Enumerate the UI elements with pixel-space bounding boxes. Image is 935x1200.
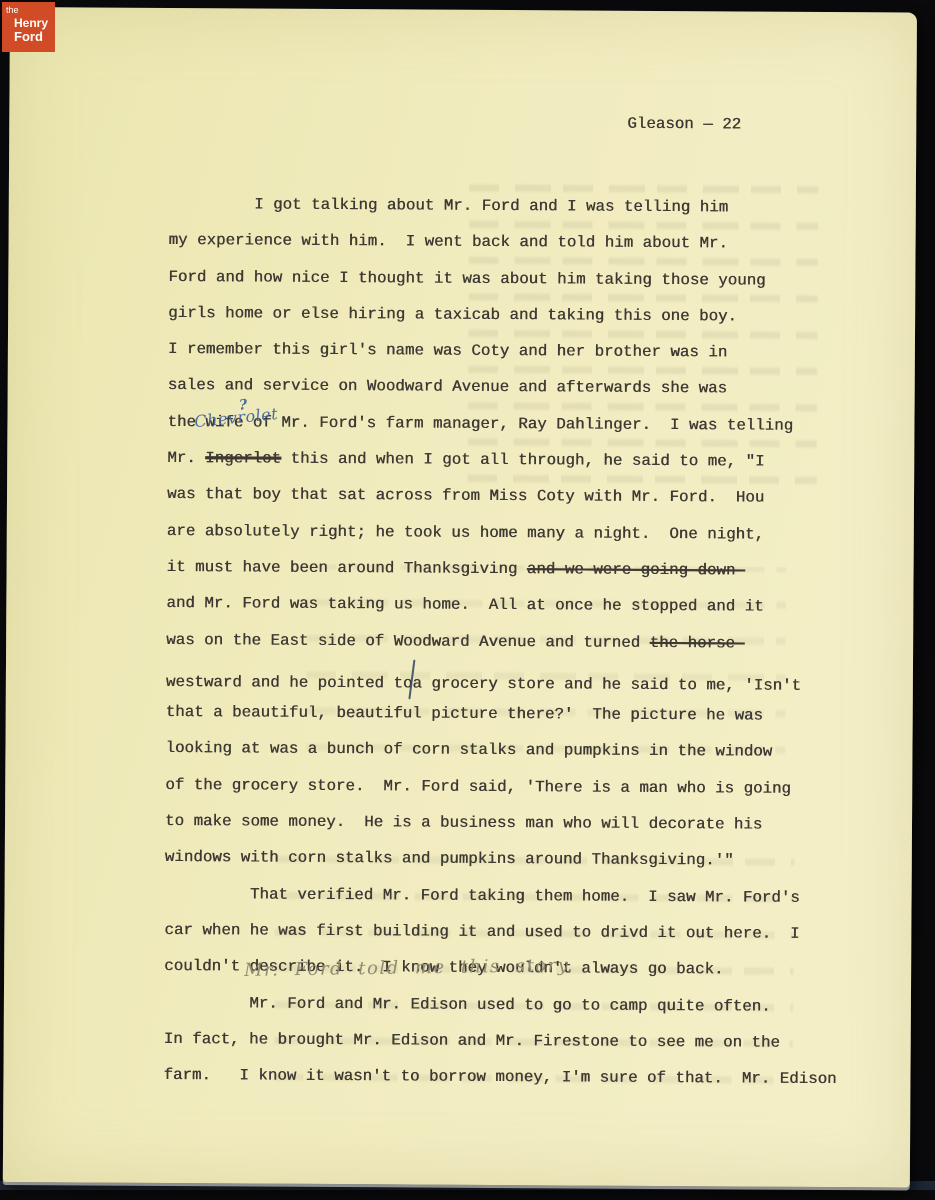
- document-line: my experience with him. I went back and …: [168, 222, 841, 262]
- typed-text: sales and service on Woodward Avenue and…: [168, 376, 727, 397]
- document-line: In fact, he brought Mr. Edison and Mr. F…: [164, 1021, 837, 1061]
- typed-text: to make some money. He is a business man…: [165, 812, 762, 834]
- document-line: sales and service on Woodward Avenue and…: [168, 367, 841, 407]
- typed-text: and Mr. Ford was taking us home. All at …: [166, 594, 763, 616]
- typed-text: that a beautiful, beautiful picture ther…: [166, 703, 763, 725]
- typed-text: my experience with him. I went back and …: [169, 231, 728, 252]
- document-line: it must have been around Thanksgiving an…: [166, 549, 839, 589]
- document-line: girls home or else hiring a taxicab and …: [168, 295, 841, 335]
- typed-text: was on the East side of Woodward Avenue …: [166, 631, 650, 652]
- typed-text: Mr. Ford and Mr. Edison used to go to ca…: [164, 993, 771, 1015]
- photo-background: Gleason — 22 I got talking about Mr. For…: [0, 0, 935, 1200]
- typed-text: I got talking about Mr. Ford and I was t…: [169, 195, 728, 216]
- document-line: and Mr. Ford was taking us home. All at …: [166, 585, 839, 625]
- document-line: that a beautiful, beautiful picture ther…: [166, 694, 839, 734]
- typed-text: looking at was a bunch of corn stalks an…: [165, 739, 772, 761]
- typed-text: of the grocery store. Mr. Ford said, 'Th…: [165, 776, 791, 798]
- handwritten-question-mark: ?: [238, 397, 248, 414]
- typed-text: this and when I got all through, he said…: [281, 450, 765, 471]
- document-line: was that boy that sat across from Miss C…: [167, 476, 840, 516]
- logo-text-ford: Ford: [14, 30, 55, 43]
- document-line: of the grocery store. Mr. Ford said, 'Th…: [165, 767, 838, 807]
- page-header: Gleason — 22: [627, 115, 741, 134]
- typed-text: girls home or else hiring a taxicab and …: [168, 304, 737, 325]
- struck-text: Ingerlot: [205, 449, 281, 467]
- struck-text: and we were going down-: [527, 560, 745, 579]
- typed-text: farm. I know it wasn't to borrow money, …: [163, 1066, 836, 1088]
- typed-text: westward and he pointed to: [166, 673, 413, 693]
- document-page: Gleason — 22 I got talking about Mr. For…: [3, 7, 917, 1188]
- document-line: Mr. Ford and Mr. Edison used to go to ca…: [164, 984, 837, 1024]
- typed-text: it must have been around Thanksgiving: [167, 558, 527, 578]
- typed-text: are absolutely right; he took us home ma…: [167, 522, 764, 544]
- document-line: was on the East side of Woodward Avenue …: [166, 622, 839, 662]
- typed-text: I remember this girl's name was Coty and…: [168, 340, 727, 361]
- typed-text: was that boy that sat across from Miss C…: [167, 485, 764, 507]
- document-line: I got talking about Mr. Ford and I was t…: [169, 186, 842, 226]
- document-line: farm. I know it wasn't to borrow money, …: [163, 1057, 836, 1097]
- typed-text: a grocery store and he said to me, 'Isn'…: [412, 674, 801, 694]
- document-line: car when he was first building it and us…: [164, 912, 837, 952]
- document-line: Mr. Ingerlot this and when I got all thr…: [167, 440, 840, 480]
- typed-text: In fact, he brought Mr. Edison and Mr. F…: [164, 1030, 780, 1052]
- document-line: looking at was a bunch of corn stalks an…: [165, 730, 838, 770]
- document-line: I remember this girl's name was Coty and…: [168, 331, 841, 371]
- document-line: westward and he pointed toa grocery stor…: [166, 658, 839, 698]
- typed-text: Mr.: [167, 449, 205, 467]
- typed-text: car when he was first building it and us…: [164, 921, 799, 943]
- document-line: windows with corn stalks and pumpkins ar…: [165, 839, 838, 879]
- henry-ford-logo: the Henry Ford: [2, 2, 55, 52]
- document-line: Ford and how nice I thought it was about…: [168, 259, 841, 299]
- document-line: are absolutely right; he took us home ma…: [167, 513, 840, 553]
- document-line: to make some money. He is a business man…: [165, 803, 838, 843]
- typed-text: windows with corn stalks and pumpkins ar…: [165, 848, 734, 869]
- logo-text-henry: Henry: [14, 17, 55, 29]
- document-line: That verified Mr. Ford taking them home.…: [164, 876, 837, 916]
- typed-text: Ford and how nice I thought it was about…: [168, 268, 765, 290]
- typed-text: That verified Mr. Ford taking them home.…: [165, 885, 800, 907]
- logo-text-the: the: [6, 6, 55, 15]
- struck-text: the horse-: [650, 633, 745, 652]
